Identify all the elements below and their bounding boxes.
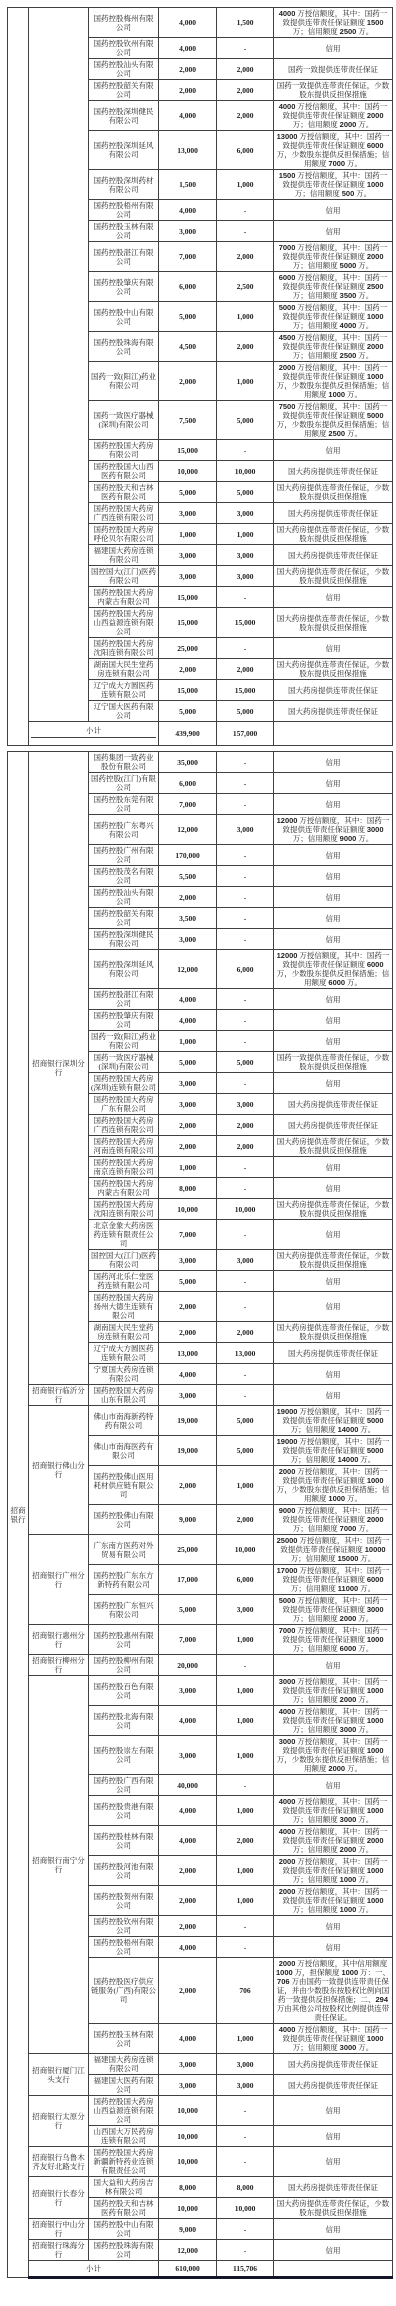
guarantee-note-cell: 国大药房提供连带责任保证，少数股东提供反担保措施: [274, 1136, 393, 1157]
company-cell: 国药控股珠海有限公司: [89, 332, 159, 362]
guarantee-note-cell: 国大药房提供连带责任保证: [274, 1094, 393, 1115]
company-cell: 国药控股湛江有限公司: [89, 242, 159, 272]
company-cell: 国药控股国大药房扬州大德生连锁有限公司: [89, 1292, 159, 1322]
guarantee-note-cell: 国大药房提供连带责任保证: [274, 503, 393, 524]
guarantee-note-cell: 信用: [274, 38, 393, 59]
credit-limit-cell: 9,000: [159, 1505, 217, 1535]
guarantee-note-cell: 信用: [274, 1010, 393, 1031]
guarantee-amount-cell: 1,000: [217, 524, 274, 545]
subtotal-label: 小计: [31, 723, 156, 738]
credit-limit-cell: 3,000: [159, 1736, 217, 1775]
guarantee-note-cell: 信用: [274, 587, 393, 608]
guarantee-amount-cell: 5,000: [217, 1406, 274, 1436]
subtotal-credit-cell: 439,900: [159, 722, 217, 746]
credit-limit-cell: 5,000: [159, 1595, 217, 1625]
company-cell: 辽宁国大医药有限公司: [89, 701, 159, 722]
guarantee-amount-cell: 10,000: [217, 1199, 274, 1220]
company-cell: 国药控股国大药房沈阳连锁有限公司: [89, 1199, 159, 1220]
company-cell: 国药控股玉林有限公司: [89, 221, 159, 242]
guarantee-amount-cell: 3,000: [217, 1250, 274, 1271]
company-cell: 国药控股肇庆有限公司: [89, 272, 159, 302]
credit-limit-cell: 2,000: [159, 1115, 217, 1136]
credit-limit-cell: 8,000: [159, 2177, 217, 2198]
guarantee-amount-cell: 1,000: [217, 1736, 274, 1775]
credit-limit-cell: 2,000: [159, 80, 217, 101]
guarantee-note-cell: 国大药房提供连带责任保证，少数股东提供反担保措施: [274, 524, 393, 545]
guarantee-note-cell: 1500 万授信额度，其中：国药一致提供连带责任保证额度 1000 万；信用额度…: [274, 170, 393, 200]
guarantee-amount-cell: 2,000: [217, 80, 274, 101]
guarantee-amount-cell: -: [217, 1937, 274, 1958]
credit-limit-cell: 3,000: [159, 1094, 217, 1115]
guarantee-note-cell: 国大药房提供连带责任保证，少数股东提供反担保措施: [274, 1322, 393, 1343]
company-cell: 国药控股国大药房广西连锁有限公司: [89, 1115, 159, 1136]
table-row: 招商银行佛山分行佛山市南海新药特药有限公司19,0005,00019000 万授…: [8, 1406, 393, 1436]
credit-limit-cell: 2,000: [159, 1292, 217, 1322]
credit-limit-cell: 7,500: [159, 401, 217, 440]
credit-limit-cell: 35,000: [159, 752, 217, 773]
credit-limit-cell: 3,000: [159, 221, 217, 242]
guarantee-note-cell: 信用: [274, 929, 393, 950]
credit-limit-cell: 3,000: [159, 1073, 217, 1094]
credit-limit-cell: 1,000: [159, 524, 217, 545]
company-cell: 国药控股贵港有限公司: [89, 1796, 159, 1826]
credit-limit-cell: 2,000: [159, 1958, 217, 2024]
guarantee-note-cell: 2000 万授信额度，其中：国药一致提供连带责任保证额度 1000 万，少数股东…: [274, 1466, 393, 1505]
subtotal-row: 小计439,900157,000: [8, 722, 393, 746]
company-cell: 山西国大万民药房连锁有限公司: [89, 2126, 159, 2147]
company-cell: 国药控股湛江有限公司: [89, 989, 159, 1010]
company-cell: 国药控股惠州有限公司: [89, 1625, 159, 1655]
credit-limit-cell: 20,000: [159, 1655, 217, 1676]
company-cell: 国药控股广东粤兴有限公司: [89, 815, 159, 845]
company-cell: 国药控股广东东方新特药有限公司: [89, 1565, 159, 1595]
guarantee-amount-cell: -: [217, 845, 274, 866]
company-cell: 佛山市南海医药有限公司: [89, 1436, 159, 1466]
credit-limit-cell: 9,000: [159, 2219, 217, 2240]
guarantee-amount-cell: 5,000: [217, 701, 274, 722]
company-cell: 国药控股梅州有限公司: [89, 8, 159, 38]
guarantee-amount-cell: 2,000: [217, 242, 274, 272]
guarantee-note-cell: 3000 万授信额度，其中：国药一致提供连带责任保证额度 1000 万；信用额度…: [274, 1676, 393, 1706]
branch-cell: 招商银行长春分行: [29, 2177, 89, 2219]
company-cell: 辽宁成大方圆医药连锁有限公司: [89, 1343, 159, 1364]
guarantee-note-cell: 信用: [274, 2240, 393, 2261]
credit-limit-cell: 3,000: [159, 2075, 217, 2096]
guarantee-note-cell: 信用: [274, 200, 393, 221]
guarantee-amount-cell: 10,000: [217, 2198, 274, 2219]
guarantee-amount-cell: 3,000: [217, 503, 274, 524]
company-cell: 广东南方医药对外贸易有限公司: [89, 1535, 159, 1565]
subtotal-label: 小计: [31, 2262, 156, 2275]
company-cell: 国大益和大药房吉林有限公司: [89, 2177, 159, 2198]
guarantee-amount-cell: -: [217, 773, 274, 794]
credit-limit-cell: 2,000: [159, 1916, 217, 1937]
guarantee-amount-cell: -: [217, 908, 274, 929]
guarantee-amount-cell: 5,000: [217, 401, 274, 440]
credit-limit-cell: 2,000: [159, 1856, 217, 1886]
company-cell: 国药控股桂林有限公司: [89, 1826, 159, 1856]
guarantee-note-cell: 6000 万授信额度，其中：国药一致提供连带责任保证额度 2500 万；信用额度…: [274, 272, 393, 302]
guarantee-note-cell: 国药一致提供连带责任保证，少数股东提供反担保措施: [274, 80, 393, 101]
subtotal-guarantee-cell: 157,000: [217, 722, 274, 746]
company-cell: 国药河北乐仁堂医药连锁有限公司: [89, 1271, 159, 1292]
branch-cell: 招商银行广州分行: [29, 1535, 89, 1625]
table-row: 招商银行珠海分行国药控股珠海有限公司12,000-信用: [8, 2240, 393, 2261]
guarantee-note-cell: 国药一致提供连带责任保证: [274, 59, 393, 80]
credit-limit-cell: 3,000: [159, 929, 217, 950]
guarantee-note-cell: 国大药房提供连带责任保证，少数股东提供反担保措施: [274, 482, 393, 503]
credit-limit-cell: 4,000: [159, 38, 217, 59]
guarantee-note-cell: 信用: [274, 2147, 393, 2177]
guarantee-amount-cell: 3,000: [217, 545, 274, 566]
guarantee-amount-cell: -: [217, 2096, 274, 2126]
guarantee-note-cell: 7500 万授信额度，其中：国药一致提供连带责任保证额度 5000 万，少数股东…: [274, 401, 393, 440]
company-cell: 国药控股国大药房沈阳连锁有限公司: [89, 638, 159, 659]
credit-limit-cell: 2,000: [159, 1322, 217, 1343]
guarantee-note-cell: 信用: [274, 866, 393, 887]
company-cell: 国药一致医疗器械(深圳)有限公司: [89, 401, 159, 440]
subtotal-credit-cell: 610,000: [159, 2261, 217, 2278]
guarantee-note-cell: 2000 万授信额度，其中：国药一致提供连带责任保证额度 1000 万；信用额度…: [274, 1886, 393, 1916]
guarantee-amount-cell: -: [217, 1220, 274, 1250]
guarantee-amount-cell: -: [217, 2126, 274, 2147]
company-cell: 国药控股广州有限公司: [89, 845, 159, 866]
guarantee-note-cell: 信用: [274, 1655, 393, 1676]
credit-limit-cell: 7,000: [159, 1625, 217, 1655]
subtotal-spacer: [31, 738, 156, 744]
company-cell: 国药控股深圳健民有限公司: [89, 929, 159, 950]
guarantee-amount-cell: 2,000: [217, 1136, 274, 1157]
company-cell: 国药控股梧州有限公司: [89, 1937, 159, 1958]
credit-limit-cell: 4,000: [159, 200, 217, 221]
guarantee-note-cell: 信用: [274, 887, 393, 908]
credit-limit-cell: 19,000: [159, 1436, 217, 1466]
credit-limit-cell: 3,500: [159, 908, 217, 929]
credit-limit-cell: 25,000: [159, 638, 217, 659]
credit-limit-cell: 15,000: [159, 608, 217, 638]
credit-limit-cell: 4,000: [159, 8, 217, 38]
branch-cell: 招商银行惠州分行: [29, 1625, 89, 1655]
guarantee-amount-cell: 1,000: [217, 1706, 274, 1736]
credit-limit-cell: 4,000: [159, 1010, 217, 1031]
company-cell: 国药控股崇左有限公司: [89, 1736, 159, 1775]
company-cell: 佛山市南海新药特药有限公司: [89, 1406, 159, 1436]
guarantee-amount-cell: 1,000: [217, 1886, 274, 1916]
company-cell: 国药控股国大药房南京连锁有限公司: [89, 1157, 159, 1178]
table-row: 国药控股梅州有限公司4,0001,5004000 万授信额度，其中：国药一致提供…: [8, 8, 393, 38]
table-row: 招商银行长春分行国大益和大药房吉林有限公司8,0008,000国大药房提供连带责…: [8, 2177, 393, 2198]
credit-limit-cell: 10,000: [159, 2147, 217, 2177]
company-cell: 国药控股国大药房山西益源连锁有限公司: [89, 2096, 159, 2126]
credit-limit-cell: 5,000: [159, 302, 217, 332]
credit-limit-cell: 2,000: [159, 659, 217, 680]
credit-limit-cell: 3,000: [159, 545, 217, 566]
credit-limit-cell: 2,000: [159, 362, 217, 401]
table-row: 招商银行乌鲁木齐友好北路支行国药控股国大药房新疆新特药业连锁有限责任公司10,0…: [8, 2147, 393, 2177]
guarantee-note-cell: 4000 万授信额度，其中：国药一致提供连带责任保证额度 1000 万；信用额度…: [274, 1706, 393, 1736]
guarantee-amount-cell: 3,000: [217, 815, 274, 845]
guarantee-amount-cell: 10,000: [217, 461, 274, 482]
subtotal-label-cell: 小计: [29, 2261, 159, 2278]
company-cell: 国药控股国大药房山东有限公司: [89, 1385, 159, 1406]
company-cell: 国药控股玉林有限公司: [89, 2024, 159, 2054]
guarantee-note-cell: 信用: [274, 1937, 393, 1958]
table-row: 招商银行招商银行深圳分行国药集团一致药业股份有限公司35,000-信用: [8, 752, 393, 773]
company-cell: 国药控股国大药房内蒙古有限公司: [89, 1178, 159, 1199]
credit-limit-cell: 10,000: [159, 2126, 217, 2147]
credit-limit-cell: 5,000: [159, 1052, 217, 1073]
guarantee-note-cell: 信用: [274, 1364, 393, 1385]
guarantee-amount-cell: 3,000: [217, 1094, 274, 1115]
guarantee-amount-cell: 2,500: [217, 272, 274, 302]
guarantee-amount-cell: 2,000: [217, 1322, 274, 1343]
guarantee-note-cell: 4000 万授信额度，其中：国药一致提供连带责任保证额度 1500 万；信用额度…: [274, 8, 393, 38]
guarantee-amount-cell: 1,000: [217, 362, 274, 401]
table-row: 招商银行广州分行广东南方医药对外贸易有限公司25,00010,00025000 …: [8, 1535, 393, 1565]
credit-limit-cell: 3,000: [159, 2054, 217, 2075]
guarantee-amount-cell: 15,000: [217, 680, 274, 701]
credit-limit-cell: 5,000: [159, 701, 217, 722]
guarantee-amount-cell: -: [217, 221, 274, 242]
company-cell: 国药控股梧州有限公司: [89, 200, 159, 221]
guarantee-amount-cell: -: [217, 1292, 274, 1322]
company-cell: 国药控股天和吉林医药有限公司: [89, 2198, 159, 2219]
guarantee-note-cell: 国大药房提供连带责任保证，少数股东提供反担保措施: [274, 659, 393, 680]
credit-limit-cell: 13,000: [159, 131, 217, 170]
guarantee-note-cell: 信用: [274, 908, 393, 929]
company-cell: 国药控股深圳药材有限公司: [89, 170, 159, 200]
company-cell: 国药控股河池有限公司: [89, 1856, 159, 1886]
guarantee-amount-cell: -: [217, 2147, 274, 2177]
guarantee-note-cell: 国大药房提供连带责任保证，少数股东提供反担保措施: [274, 566, 393, 587]
credit-limit-cell: 15,000: [159, 587, 217, 608]
credit-limit-cell: 1,000: [159, 1031, 217, 1052]
bank-group-cell: [8, 8, 29, 746]
credit-limit-cell: 3,000: [159, 1250, 217, 1271]
branch-cell: 招商银行柳州分行: [29, 1655, 89, 1676]
company-cell: 北京金象大药房医药连锁有限责任公司: [89, 1220, 159, 1250]
guarantee-note-cell: 5000 万授信额度，其中：国药一致提供连带责任保证额度 3000 万；信用额度…: [274, 1595, 393, 1625]
company-cell: 国药控股深圳延风有限公司: [89, 131, 159, 170]
guarantee-amount-cell: -: [217, 200, 274, 221]
guarantee-amount-cell: 3,000: [217, 1595, 274, 1625]
guarantee-amount-cell: 6,000: [217, 1565, 274, 1595]
guarantee-amount-cell: 13,000: [217, 1343, 274, 1364]
guarantee-amount-cell: 10,000: [217, 1535, 274, 1565]
guarantee-amount-cell: 3,000: [217, 2054, 274, 2075]
credit-limit-cell: 3,000: [159, 503, 217, 524]
guarantee-note-cell: 信用: [274, 794, 393, 815]
table-row: 招商银行厦门江头支行福建国大药房连锁有限公司3,0003,000国大药房提供连带…: [8, 2054, 393, 2075]
credit-limit-cell: 10,000: [159, 1199, 217, 1220]
guarantee-amount-cell: -: [217, 752, 274, 773]
credit-limit-cell: 2,000: [159, 59, 217, 80]
credit-limit-cell: 4,000: [159, 1706, 217, 1736]
guarantee-amount-cell: -: [217, 1178, 274, 1199]
company-cell: 国药控股中山有限公司: [89, 302, 159, 332]
company-cell: 国药控股国大药房山西益源连锁有限公司: [89, 608, 159, 638]
credit-limit-cell: 170,000: [159, 845, 217, 866]
credit-limit-cell: 5,500: [159, 866, 217, 887]
company-cell: 国药控股韶关有限公司: [89, 80, 159, 101]
branch-cell: 招商银行深圳分行: [29, 752, 89, 1385]
credit-limit-cell: 4,000: [159, 101, 217, 131]
guarantee-amount-cell: -: [217, 1916, 274, 1937]
credit-limit-cell: 25,000: [159, 1535, 217, 1565]
credit-limit-cell: 2,000: [159, 887, 217, 908]
guarantee-note-cell: 2000 万授信额度，其中：国药一致提供连带责任保证额度 1000 万；信用额度…: [274, 1856, 393, 1886]
company-cell: 国药控股柳州有限公司: [89, 1655, 159, 1676]
credit-limit-cell: 4,000: [159, 2024, 217, 2054]
company-cell: 国药一致(阳江)药业有限公司: [89, 362, 159, 401]
branch-cell: 招商银行临沂分行: [29, 1385, 89, 1406]
guarantee-note-cell: 国大药房提供连带责任保证，少数股东提供反担保措施: [274, 1199, 393, 1220]
credit-limit-cell: 4,000: [159, 1796, 217, 1826]
guarantee-note-cell: 国大药房提供连带责任保证，少数股东提供反担保措施: [274, 2198, 393, 2219]
guarantee-note-cell: 国大药房提供连带责任保证，少数股东提供反担保措施: [274, 1250, 393, 1271]
company-cell: 国药控股北海有限公司: [89, 1706, 159, 1736]
guarantee-amount-cell: 5,000: [217, 482, 274, 503]
company-cell: 国药控股钦州有限公司: [89, 38, 159, 59]
company-cell: 国药控股国大药房内蒙古有限公司: [89, 587, 159, 608]
guarantee-amount-cell: -: [217, 929, 274, 950]
guarantee-note-cell: 3000 万授信额度，其中：国药一致提供连带责任保证额度 1000 万，少数股东…: [274, 1736, 393, 1775]
guarantee-note-cell: 7000 万授信额度，其中：国药一致提供连带责任保证额度 2000 万；信用额度…: [274, 242, 393, 272]
company-cell: 国药控股贺州有限公司: [89, 1886, 159, 1916]
credit-limit-cell: 12,000: [159, 815, 217, 845]
guarantee-note-cell: 信用: [274, 1271, 393, 1292]
credit-limit-cell: 13,000: [159, 1343, 217, 1364]
credit-guarantee-table-part2: 招商银行招商银行深圳分行国药集团一致药业股份有限公司35,000-信用国药控股(…: [7, 751, 393, 2279]
guarantee-amount-cell: -: [217, 1775, 274, 1796]
guarantee-amount-cell: 1,000: [217, 1676, 274, 1706]
company-cell: 国药控股国大药房新疆新特药业连锁有限责任公司: [89, 2147, 159, 2177]
branch-cell: 招商银行珠海分行: [29, 2240, 89, 2261]
company-cell: 福建国大药房连锁有限公司: [89, 545, 159, 566]
company-cell: 国药控股国大药房广西连锁有限公司: [89, 503, 159, 524]
credit-limit-cell: 40,000: [159, 1775, 217, 1796]
guarantee-note-cell: 信用: [274, 638, 393, 659]
guarantee-note-cell: 国大药房提供连带责任保证: [274, 2177, 393, 2198]
guarantee-amount-cell: -: [217, 1031, 274, 1052]
guarantee-amount-cell: 2,000: [217, 101, 274, 131]
guarantee-amount-cell: 5,000: [217, 1436, 274, 1466]
credit-limit-cell: 7,000: [159, 1220, 217, 1250]
guarantee-note-cell: 19000 万授信额度，其中：国药一致提供连带责任保证额度 5000 万；信用额…: [274, 1436, 393, 1466]
company-cell: 国药控股(江门)有限公司: [89, 773, 159, 794]
table-row: 招商银行中山分行国药控股中山有限公司9,000-信用: [8, 2219, 393, 2240]
company-cell: 湖南国大民生堂药房连锁有限公司: [89, 659, 159, 680]
credit-limit-cell: 7,000: [159, 794, 217, 815]
guarantee-amount-cell: -: [217, 887, 274, 908]
guarantee-note-cell: 信用: [274, 989, 393, 1010]
guarantee-note-cell: 2000 万授信额度，其中信用额度 1000 万，担保额度 1000 万：一、7…: [274, 1958, 393, 2024]
company-cell: 国药控股韶关有限公司: [89, 908, 159, 929]
guarantee-note-cell: 国大药房提供连带责任保证: [274, 545, 393, 566]
company-cell: 辽宁成大方圆医药连锁有限公司: [89, 680, 159, 701]
guarantee-note-cell: 25000 万授信额度，其中：国药一致提供连带责任保证额度 10000 万；信用…: [274, 1535, 393, 1565]
guarantee-amount-cell: 2,000: [217, 332, 274, 362]
company-cell: 国药控股医疗供应链服务(广西)有限公司: [89, 1958, 159, 2024]
guarantee-note-cell: 信用: [274, 752, 393, 773]
guarantee-note-cell: 国大药房提供连带责任保证: [274, 461, 393, 482]
company-cell: 湖南国大民生堂药房连锁有限公司: [89, 1322, 159, 1343]
company-cell: 国药控股汕头有限公司: [89, 59, 159, 80]
company-cell: 国药控股国大药房广东有限公司: [89, 1094, 159, 1115]
bank-group-cell: 招商银行: [8, 752, 29, 2278]
guarantee-note-cell: 4000 万授信额度，其中：国药一致提供连带责任保证额度 1000 万；信用额度…: [274, 2024, 393, 2054]
credit-limit-cell: 4,500: [159, 332, 217, 362]
company-cell: 国控国大(江门)医药有限公司: [89, 1250, 159, 1271]
guarantee-amount-cell: -: [217, 1010, 274, 1031]
branch-cell: 招商银行厦门江头支行: [29, 2054, 89, 2096]
guarantee-amount-cell: 5,000: [217, 1052, 274, 1073]
guarantee-note-cell: 信用: [274, 1292, 393, 1322]
company-cell: 国药一致(阳江)药业有限公司: [89, 1031, 159, 1052]
company-cell: 国药控股佛山医用耗材供应链有限公司: [89, 1466, 159, 1505]
guarantee-note-cell: 12000 万授信额度，其中：国药一致提供连带责任保证额度 3000 万；信用额…: [274, 815, 393, 845]
guarantee-amount-cell: 1,000: [217, 170, 274, 200]
credit-limit-cell: 6,000: [159, 272, 217, 302]
credit-limit-cell: 3,000: [159, 566, 217, 587]
credit-limit-cell: 6,000: [159, 773, 217, 794]
guarantee-amount-cell: -: [217, 794, 274, 815]
table-row: 招商银行临沂分行国药控股国大药房山东有限公司3,000-信用: [8, 1385, 393, 1406]
table-row: 招商银行惠州分行国药控股惠州有限公司7,0001,0007000 万授信额度，其…: [8, 1625, 393, 1655]
guarantee-amount-cell: -: [217, 2240, 274, 2261]
credit-limit-cell: 12,000: [159, 2240, 217, 2261]
table-row: 招商银行南宁分行国药控股百色有限公司3,0001,0003000 万授信额度，其…: [8, 1676, 393, 1706]
guarantee-note-cell: 9000 万授信额度，其中：国药一致提供连带责任保证额度 2000 万；信用额度…: [274, 1505, 393, 1535]
company-cell: 国药一致医疗器械(深圳)有限公司: [89, 1052, 159, 1073]
guarantee-note-cell: 信用: [274, 1220, 393, 1250]
company-cell: 宁夏国大药房连锁有限公司: [89, 1364, 159, 1385]
table-row: 招商银行太原分行国药控股国大药房山西益源连锁有限公司10,000-信用: [8, 2096, 393, 2126]
guarantee-note-cell: 国大药房提供连带责任保证: [274, 2075, 393, 2096]
guarantee-note-cell: 17000 万授信额度，其中：国药一致提供连带责任保证额度 6000 万；信用额…: [274, 1565, 393, 1595]
company-cell: 国药控股国大山西医药有限公司: [89, 461, 159, 482]
guarantee-amount-cell: 2,000: [217, 1826, 274, 1856]
company-cell: 国药控股百色有限公司: [89, 1676, 159, 1706]
credit-limit-cell: 4,000: [159, 1364, 217, 1385]
guarantee-amount-cell: 1,000: [217, 1625, 274, 1655]
table-row: 招商银行柳州分行国药控股柳州有限公司20,000-信用: [8, 1655, 393, 1676]
credit-guarantee-table-part1: 国药控股梅州有限公司4,0001,5004000 万授信额度，其中：国药一致提供…: [7, 7, 393, 746]
guarantee-amount-cell: 15,000: [217, 608, 274, 638]
guarantee-amount-cell: 2,000: [217, 659, 274, 680]
guarantee-note-cell: 国大药房提供连带责任保证: [274, 680, 393, 701]
guarantee-note-cell: 国大药房提供连带责任保证，少数股东提供反担保措施: [274, 608, 393, 638]
subtotal-note-cell: [274, 722, 393, 746]
guarantee-note-cell: 4000 万授信额度，其中：国药一致提供连带责任保证额度 2000 万；信用额度…: [274, 1826, 393, 1856]
credit-limit-cell: 1,500: [159, 170, 217, 200]
guarantee-amount-cell: -: [217, 587, 274, 608]
company-cell: 国药控股佛山有限公司: [89, 1505, 159, 1535]
guarantee-amount-cell: 1,000: [217, 1856, 274, 1886]
company-cell: 国药控股中山有限公司: [89, 2219, 159, 2240]
company-cell: 国药控股汕头有限公司: [89, 887, 159, 908]
guarantee-amount-cell: 3,000: [217, 566, 274, 587]
guarantee-amount-cell: -: [217, 440, 274, 461]
subtotal-label-cell: 小计: [29, 722, 159, 746]
company-cell: 国药控股深圳健民有限公司: [89, 101, 159, 131]
credit-limit-cell: 3,000: [159, 1676, 217, 1706]
company-cell: 国药控股肇庆有限公司: [89, 1010, 159, 1031]
guarantee-amount-cell: -: [217, 638, 274, 659]
company-cell: 国药控股国大药房呼伦贝尔有限公司: [89, 524, 159, 545]
credit-limit-cell: 4,000: [159, 989, 217, 1010]
branch-cell: 招商银行乌鲁木齐友好北路支行: [29, 2147, 89, 2177]
